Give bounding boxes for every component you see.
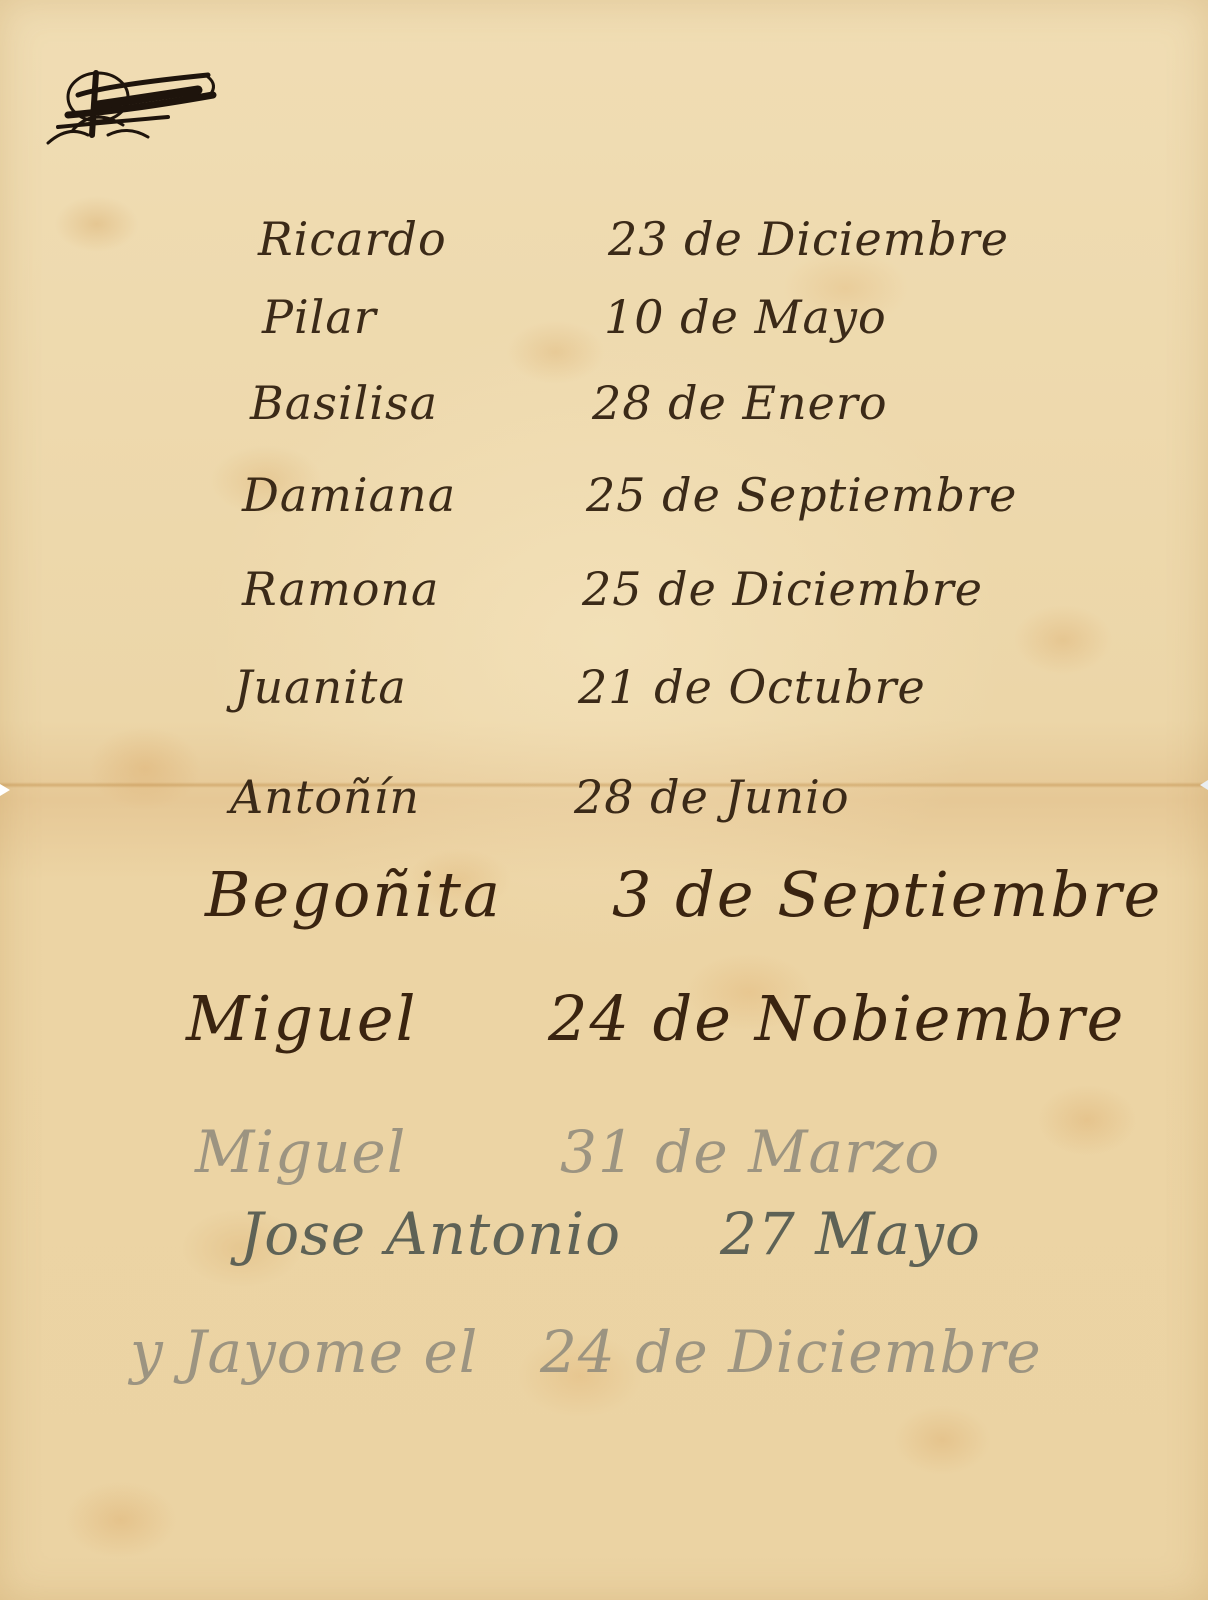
entry-name: Juanita [234, 660, 407, 714]
entry-date: 23 de Diciembre [608, 212, 1009, 266]
entry-name: Begoñita [205, 858, 502, 931]
entry-name: Ramona [242, 562, 439, 616]
entry-name: Miguel [186, 982, 417, 1055]
entry-name: Miguel [195, 1118, 406, 1186]
entry-date: 28 de Junio [574, 770, 850, 824]
fold-tear-right [1200, 780, 1208, 790]
paper-sheet: Ricardo 23 de Diciembre Pilar 10 de Mayo… [0, 0, 1208, 1600]
entry-date: 10 de Mayo [604, 290, 887, 344]
entry-date: 28 de Enero [592, 376, 888, 430]
entry-date: 21 de Octubre [578, 660, 926, 714]
entry-name: Damiana [242, 468, 456, 522]
entry-name: Antoñín [230, 770, 420, 824]
monogram-flourish-icon [38, 55, 218, 145]
entry-date: 25 de Septiembre [586, 468, 1017, 522]
entry-date: 31 de Marzo [560, 1118, 940, 1186]
entry-date: 27 Mayo [720, 1200, 981, 1268]
entry-name: y Jayome el [130, 1318, 478, 1386]
entry-date: 24 de Nobiembre [548, 982, 1125, 1055]
entry-name: Pilar [262, 290, 377, 344]
entry-date: 25 de Diciembre [582, 562, 983, 616]
entry-date: 24 de Diciembre [540, 1318, 1042, 1386]
fold-tear-left [0, 784, 10, 796]
entry-name: Ricardo [258, 212, 447, 266]
entry-date: 3 de Septiembre [612, 858, 1162, 931]
entry-name: Jose Antonio [240, 1200, 621, 1268]
entry-name: Basilisa [250, 376, 438, 430]
